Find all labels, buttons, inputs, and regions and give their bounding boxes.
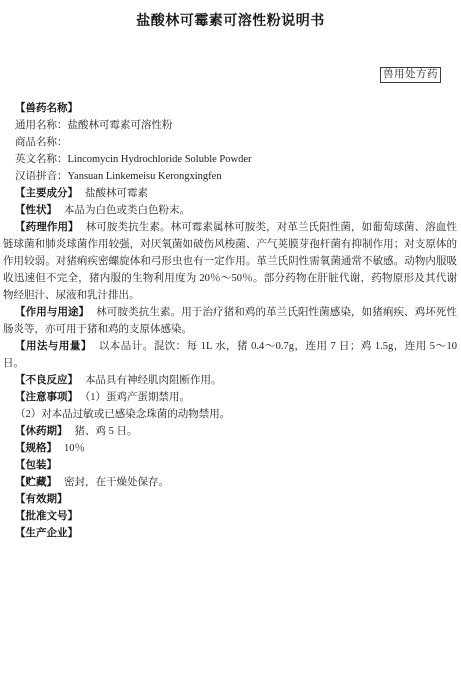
section-text: 猪、鸡 5 日。 xyxy=(75,426,138,437)
section-label: 【包装】 xyxy=(15,460,57,471)
section-text: 本品具有神经肌肉阻断作用。 xyxy=(85,375,222,386)
section-label: 【注意事项】 xyxy=(15,392,78,403)
section-line: 【生产企业】 xyxy=(3,525,457,542)
section-text: （1）蛋鸡产蛋期禁用。 xyxy=(85,392,190,403)
section-label: 【生产企业】 xyxy=(15,528,78,539)
section-line: 【包装】 xyxy=(3,457,457,474)
section-line: 【作用与用途】林可胺类抗生素。用于治疗猪和鸡的革兰氏阳性菌感染，如猪痢疾、鸡坏死… xyxy=(3,304,457,338)
section-label: 【药理作用】 xyxy=(15,222,79,233)
section-text: 密封，在干燥处保存。 xyxy=(64,477,169,488)
section-label: 【批准文号】 xyxy=(15,511,78,522)
section-line: 【休药期】猪、鸡 5 日。 xyxy=(3,423,457,440)
doc-title: 盐酸林可霉素可溶性粉说明书 xyxy=(0,0,461,31)
section-label: 【贮藏】 xyxy=(15,477,57,488)
section-text: 本品为白色或类白色粉末。 xyxy=(64,205,190,216)
section-text: （2）对本品过敏或已感染念珠菌的动物禁用。 xyxy=(15,409,230,420)
section-line: 汉语拼音：Yansuan Linkemeisu Kerongxingfen xyxy=(3,168,457,185)
section-label: 【性状】 xyxy=(15,205,57,216)
section-label: 【兽药名称】 xyxy=(15,103,78,114)
section-line: 【兽药名称】 xyxy=(3,100,457,117)
section-label: 【作用与用途】 xyxy=(15,307,89,318)
rx-badge-row: 兽用处方药 xyxy=(0,64,461,81)
section-line: 【用法与用量】以本品计。混饮：每 1L 水，猪 0.4～0.7g，连用 7 日；… xyxy=(3,338,457,372)
section-line: 【性状】本品为白色或类白色粉末。 xyxy=(3,202,457,219)
section-line: 【注意事项】（1）蛋鸡产蛋期禁用。 xyxy=(3,389,457,406)
section-line: 【药理作用】林可胺类抗生素。林可霉素属林可胺类，对革兰氏阳性菌，如葡萄球菌、溶血… xyxy=(3,219,457,304)
section-label: 【用法与用量】 xyxy=(15,341,92,352)
section-text: 汉语拼音：Yansuan Linkemeisu Kerongxingfen xyxy=(15,171,222,182)
section-label: 【休药期】 xyxy=(15,426,68,437)
section-line: 【规格】10％ xyxy=(3,440,457,457)
section-label: 【不良反应】 xyxy=(15,375,78,386)
section-line: 【贮藏】密封，在干燥处保存。 xyxy=(3,474,457,491)
section-line: 商品名称： xyxy=(3,134,457,151)
document-page: 盐酸林可霉素可溶性粉说明书 兽用处方药 【兽药名称】通用名称：盐酸林可霉素可溶性… xyxy=(0,0,461,678)
rx-badge: 兽用处方药 xyxy=(380,67,441,83)
section-line: （2）对本品过敏或已感染念珠菌的动物禁用。 xyxy=(3,406,457,423)
section-line: 【批准文号】 xyxy=(3,508,457,525)
section-label: 【有效期】 xyxy=(15,494,68,505)
section-label: 【规格】 xyxy=(15,443,57,454)
section-line: 【主要成分】盐酸林可霉素 xyxy=(3,185,457,202)
section-text: 商品名称： xyxy=(15,137,68,148)
section-text: 通用名称：盐酸林可霉素可溶性粉 xyxy=(15,120,173,131)
section-text: 林可胺类抗生素。林可霉素属林可胺类，对革兰氏阳性菌，如葡萄球菌、溶血性链球菌和肺… xyxy=(3,222,457,301)
section-text: 盐酸林可霉素 xyxy=(85,188,148,199)
section-line: 通用名称：盐酸林可霉素可溶性粉 xyxy=(3,117,457,134)
section-text: 英文名称：Lincomycin Hydrochloride Soluble Po… xyxy=(15,154,252,165)
section-line: 【不良反应】本品具有神经肌肉阻断作用。 xyxy=(3,372,457,389)
section-line: 英文名称：Lincomycin Hydrochloride Soluble Po… xyxy=(3,151,457,168)
section-line: 【有效期】 xyxy=(3,491,457,508)
doc-body: 【兽药名称】通用名称：盐酸林可霉素可溶性粉商品名称：英文名称：Lincomyci… xyxy=(0,100,461,542)
section-text: 10％ xyxy=(64,443,85,454)
section-label: 【主要成分】 xyxy=(15,188,78,199)
